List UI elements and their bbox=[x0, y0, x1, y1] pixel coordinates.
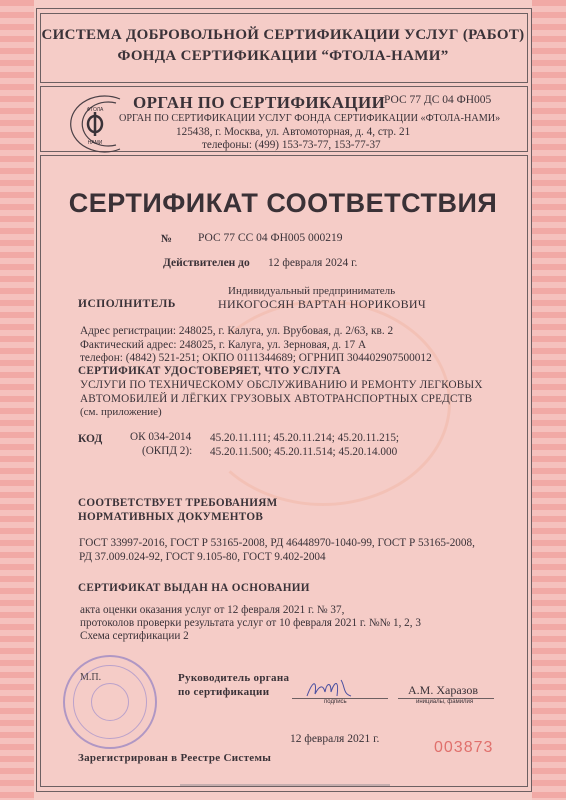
head-label-line-2: по сертификации bbox=[178, 686, 269, 698]
code-okpd: (ОКПД 2): bbox=[142, 445, 192, 457]
handwritten-signature-icon bbox=[305, 676, 355, 700]
executor-contacts: телефон: (4842) 521-251; ОКПО 0111344689… bbox=[80, 352, 432, 364]
decorative-border-right bbox=[532, 0, 566, 800]
registration-date: 12 февраля 2021 г. bbox=[290, 733, 379, 745]
serial-number: 003873 bbox=[434, 739, 493, 757]
signer-caption: инициалы, фамилия bbox=[416, 699, 473, 705]
valid-until-label: Действителен до bbox=[163, 257, 250, 269]
signature-caption: подпись bbox=[324, 699, 347, 705]
registration-address: Адрес регистрации: 248025, г. Калуга, ул… bbox=[80, 325, 393, 337]
print-imprint-line bbox=[180, 784, 390, 786]
organ-title: ОРГАН ПО СЕРТИФИКАЦИИ bbox=[133, 93, 385, 113]
service-line-2: АВТОМОБИЛЕЙ И ЛЁГКИХ ГРУЗОВЫХ АВТОТРАНСП… bbox=[80, 393, 472, 405]
ftola-nami-logo-icon: ФТОЛА НАМИ bbox=[58, 93, 126, 155]
organ-phones: телефоны: (499) 153-73-77, 153-77-37 bbox=[202, 139, 381, 151]
certificate-number: РОС 77 СС 04 ФН005 000219 bbox=[198, 232, 343, 244]
stamp-seal-icon bbox=[63, 655, 157, 749]
certificate-title: СЕРТИФИКАТ СООТВЕТСТВИЯ bbox=[0, 188, 566, 219]
basis-line-3: Схема сертификации 2 bbox=[80, 630, 189, 642]
executor-type: Индивидуальный предприниматель bbox=[228, 285, 395, 297]
system-title-line1: СИСТЕМА ДОБРОВОЛЬНОЙ СЕРТИФИКАЦИИ УСЛУГ … bbox=[0, 27, 566, 44]
system-title-line2: ФОНДА СЕРТИФИКАЦИИ “ФТОЛА-НАМИ” bbox=[0, 48, 566, 65]
service-heading: СЕРТИФИКАТ УДОСТОВЕРЯЕТ, ЧТО УСЛУГА bbox=[78, 365, 341, 377]
svg-text:НАМИ: НАМИ bbox=[88, 140, 103, 146]
service-line-1: УСЛУГИ ПО ТЕХНИЧЕСКОМУ ОБСЛУЖИВАНИЮ И РЕ… bbox=[80, 379, 483, 391]
signer-name: А.М. Харазов bbox=[408, 683, 478, 698]
normative-docs-line-1: ГОСТ 33997-2016, ГОСТ Р 53165-2008, РД 4… bbox=[79, 537, 475, 549]
basis-line-1: акта оценки оказания услуг от 12 февраля… bbox=[80, 604, 344, 616]
stamp-label: М.П. bbox=[80, 672, 101, 683]
actual-address: Фактический адрес: 248025, г. Калуга, ул… bbox=[80, 339, 366, 351]
basis-line-2: протоколов проверки результата услуг от … bbox=[80, 617, 421, 629]
decorative-border-left bbox=[0, 0, 34, 800]
requirements-heading-2: НОРМАТИВНЫХ ДОКУМЕНТОВ bbox=[78, 511, 263, 523]
organ-full-name: ОРГАН ПО СЕРТИФИКАЦИИ УСЛУГ ФОНДА СЕРТИФ… bbox=[119, 113, 500, 124]
codes-line-1: 45.20.11.111; 45.20.11.214; 45.20.11.215… bbox=[210, 432, 399, 444]
normative-docs-line-2: РД 37.009.024-92, ГОСТ 9.105-80, ГОСТ 9.… bbox=[79, 551, 326, 563]
valid-until-date: 12 февраля 2024 г. bbox=[268, 257, 357, 269]
basis-heading: СЕРТИФИКАТ ВЫДАН НА ОСНОВАНИИ bbox=[78, 582, 310, 594]
executor-label: ИСПОЛНИТЕЛЬ bbox=[78, 298, 176, 310]
codes-line-2: 45.20.11.500; 45.20.11.514; 45.20.14.000 bbox=[210, 446, 397, 458]
head-label-line-1: Руководитель органа bbox=[178, 672, 289, 684]
code-standard: ОК 034-2014 bbox=[130, 431, 191, 443]
organ-code: РОС 77 ДС 04 ФН005 bbox=[384, 94, 491, 106]
registration-label: Зарегистрирован в Реестре Системы bbox=[78, 752, 271, 764]
code-label: КОД bbox=[78, 433, 102, 445]
executor-name: НИКОГОСЯН ВАРТАН НОРИКОВИЧ bbox=[218, 297, 426, 312]
requirements-heading-1: СООТВЕТСТВУЕТ ТРЕБОВАНИЯМ bbox=[78, 497, 278, 509]
organ-address: 125438, г. Москва, ул. Автомоторная, д. … bbox=[176, 126, 410, 138]
service-line-3: (см. приложение) bbox=[80, 406, 162, 418]
certificate-number-label: № bbox=[161, 233, 172, 245]
